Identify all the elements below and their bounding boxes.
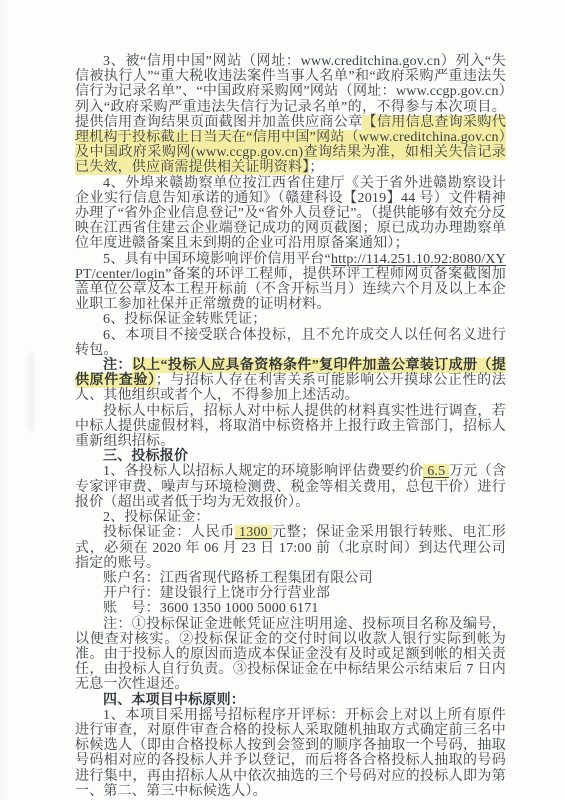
text-segment: 6、投标保证金转账凭证； [103,312,266,327]
scanned-document-page: 3、被“信用中国”网站（网址：www.creditchina.gov.cn）列入… [0,0,565,800]
text-segment: 投标人中标后，招标人对中标人提供的材料真实性进行调查，若中标人提供虚假材料，将取… [75,404,506,449]
document-body: 3、被“信用中国”网站（网址：www.creditchina.gov.cn）列入… [75,54,506,799]
text-segment: 1、各投标人以招标人规定的环境影响评估费要约价 [103,464,423,479]
text-segment: 1、本项目采用摇号招标程序开评标：开标会上对以上所有原件进行审查，对原件审查合格… [75,708,506,799]
bid-price-clause: 1、各投标人以招标人规定的环境影响评估费要约价 6.5 万元（含专家评审费、噪声… [75,464,506,510]
clause-6-no-consortium: 6、本项目不接受联合体投标，且不允许成交人以任何名义进行转包。 [75,328,506,358]
deposit-notes: 注：①投标保证金进帐凭证应注明用途、投标项目名称及编号，以便查对核实。②投标保证… [75,617,506,693]
text-segment: 4、外埠来赣勘察单位按江西省住建厅《关于省外进赣勘察设计企业实行信息告知承诺的通… [75,176,506,252]
text-segment: 四、本项目中标原则： [103,693,245,708]
text-segment: 投标保证金：人民币 [103,525,235,540]
clause-6-deposit-receipt: 6、投标保证金转账凭证； [75,312,506,327]
text-segment: 账户名：江西省现代路桥工程集团有限公司 [103,571,373,586]
text-segment: 注： [103,358,132,373]
section-heading-bid-price: 三、投标报价 [75,449,506,464]
clause-3-credit-blacklist: 3、被“信用中国”网站（网址：www.creditchina.gov.cn）列入… [75,54,506,176]
account-number-line: 账 号：3600 1350 1000 5000 6171 [75,601,506,616]
text-segment: 2、投标保证金： [103,510,210,525]
text-segment: ； [309,160,323,175]
scan-smudge [28,352,34,432]
post-award-investigation-note: 投标人中标后，招标人对中标人提供的材料真实性进行调查，若中标人提供虚假材料，将取… [75,404,506,450]
deposit-amount-clause: 投标保证金：人民币 1300 元整；保证金采用银行转账、电汇形式，必须在 202… [75,525,506,571]
text-segment: 账 号：3600 1350 1000 5000 6171 [103,601,319,616]
text-segment: 5、具有中国环境影响评价信用平台“ [103,252,331,267]
qualification-binding-note: 注：以上“投标人应具备资格条件”复印件加盖公章装订成册（提供原件查验）；与招标人… [75,358,506,404]
scan-edge-shadow [0,0,10,800]
account-name-line: 账户名：江西省现代路桥工程集团有限公司 [75,571,506,586]
text-segment: 注：①投标保证金进帐凭证应注明用途、投标项目名称及编号，以便查对核实。②投标保证… [75,617,506,693]
text-segment: 开户行：建设银行上饶市分行营业部 [103,586,330,601]
text-segment: 三、投标报价 [103,449,188,464]
deposit-amount: 1300 [235,525,272,540]
deposit-subheading: 2、投标保证金： [75,510,506,525]
text-segment: 6、本项目不接受联合体投标，且不允许成交人以任何名义进行转包。 [75,328,506,358]
clause-4-out-of-province-registration: 4、外埠来赣勘察单位按江西省住建厅《关于省外进赣勘察设计企业实行信息告知承诺的通… [75,176,506,252]
bid-ceiling-price: 6.5 [423,464,449,479]
bank-line: 开户行：建设银行上饶市分行营业部 [75,586,506,601]
section-heading-award-principle: 四、本项目中标原则： [75,693,506,708]
award-lottery-procedure: 1、本项目采用摇号招标程序开评标：开标会上对以上所有原件进行审查，对原件审查合格… [75,708,506,799]
clause-5-eia-engineer: 5、具有中国环境影响评价信用平台“http://114.251.10.92:80… [75,252,506,313]
